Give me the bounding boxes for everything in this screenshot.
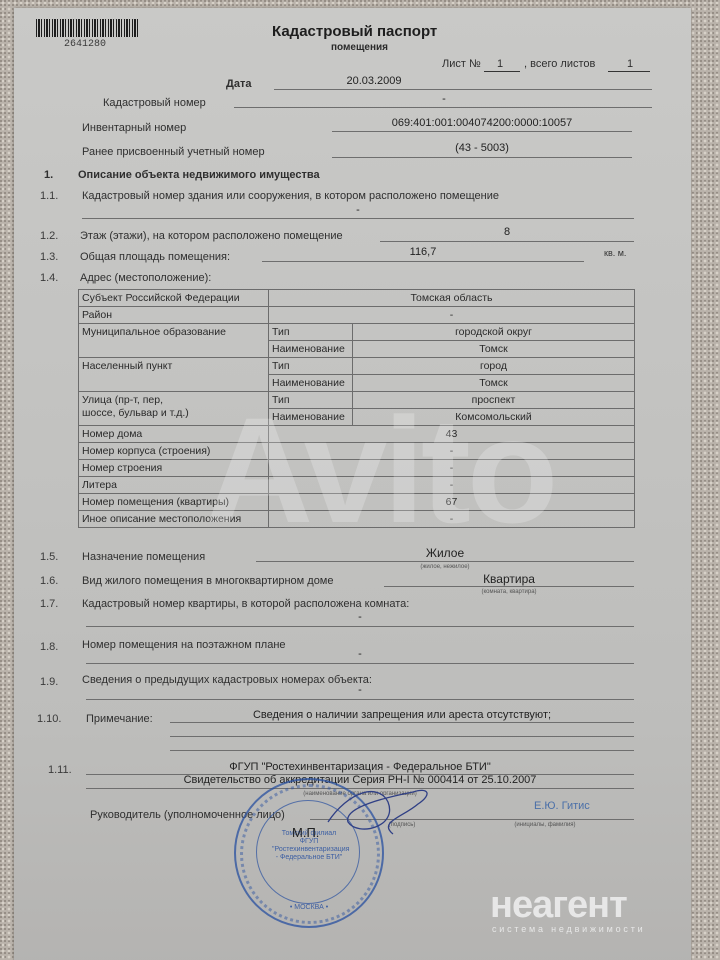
seal-label: М.П. (292, 825, 319, 840)
signer-name-hint: (инициалы, фамилия) (470, 822, 620, 828)
handwritten-signature (318, 782, 438, 842)
barcode-number: 2641280 (64, 39, 106, 50)
item-1-10-value: Сведения о наличии запрещения или ареста… (170, 709, 634, 721)
inventory-value: 069:401:001:004074200:0000:10057 (332, 117, 632, 129)
item-1-1-value: - (82, 204, 634, 216)
item-1-8-value: - (86, 648, 634, 660)
item-1-10-label: Примечание: (86, 713, 153, 725)
item-1-5-number: 1.5. (40, 551, 58, 563)
area-unit: кв. м. (604, 248, 626, 258)
item-1-9-value: - (86, 684, 634, 696)
sheet-number: 1 (497, 58, 503, 70)
item-1-6-value: Квартира (384, 572, 634, 586)
cadastral-label: Кадастровый номер (103, 97, 206, 109)
item-1-5-value: Жилое (256, 546, 634, 560)
table-row: Литера- (79, 477, 635, 494)
total-sheets-label: , всего листов (524, 58, 595, 70)
total-sheets: 1 (627, 58, 633, 70)
table-row: Район- (79, 307, 635, 324)
neagent-logo: неагент (490, 884, 627, 927)
date-label: Дата (226, 78, 251, 90)
item-1-8-number: 1.8. (40, 641, 58, 653)
item-1-7-number: 1.7. (40, 598, 58, 610)
sheet-label: Лист № (442, 58, 481, 70)
item-1-5-hint: (жилое, нежилое) (256, 564, 634, 570)
table-row: Номер строения- (79, 460, 635, 477)
table-row: Муниципальное образованиеТипгородской ок… (79, 324, 635, 341)
barcode (36, 19, 140, 37)
table-row: Субъект Российской ФедерацииТомская обла… (79, 290, 635, 307)
item-1-4-label: Адрес (местоположение): (80, 272, 211, 284)
neagent-tagline: система недвижимости (492, 924, 645, 934)
section-1-number: 1. (44, 169, 53, 181)
item-1-11-number: 1.11. (48, 764, 72, 776)
table-row: Населенный пунктТипгород (79, 358, 635, 375)
item-1-9-number: 1.9. (40, 676, 58, 688)
item-1-4-number: 1.4. (40, 272, 58, 284)
item-1-1-label: Кадастровый номер здания или сооружения,… (82, 190, 499, 202)
section-1-title: Описание объекта недвижимого имущества (78, 169, 320, 181)
prev-number-label: Ранее присвоенный учетный номер (82, 146, 265, 158)
signer-name: Е.Ю. Гитис (534, 800, 590, 812)
item-1-6-number: 1.6. (40, 575, 58, 587)
item-1-3-value: 116,7 (262, 246, 584, 258)
address-table: Субъект Российской ФедерацииТомская обла… (78, 289, 635, 528)
table-row: Номер дома43 (79, 426, 635, 443)
date-value: 20.03.2009 (274, 75, 474, 87)
prev-number-value: (43 - 5003) (332, 142, 632, 154)
table-row: Номер корпуса (строения)- (79, 443, 635, 460)
table-row: Иное описание местоположения- (79, 511, 635, 528)
item-1-2-label: Этаж (этажи), на котором расположено пом… (80, 230, 343, 242)
item-1-3-number: 1.3. (40, 251, 58, 263)
inventory-label: Инвентарный номер (82, 122, 186, 134)
organization-name: ФГУП "Ростехинвентаризация - Федеральное… (86, 761, 634, 773)
cadastral-value: - (234, 93, 654, 105)
item-1-1-number: 1.1. (40, 190, 58, 202)
item-1-2-value: 8 (380, 226, 634, 238)
table-row: Улица (пр-т, пер, шоссе, бульвар и т.д.)… (79, 392, 635, 409)
document-subtitle: помещения (331, 42, 388, 53)
item-1-6-hint: (комната, квартира) (384, 589, 634, 595)
document-title: Кадастровый паспорт (272, 23, 437, 40)
table-row: Номер помещения (квартиры)67 (79, 494, 635, 511)
item-1-5-label: Назначение помещения (82, 551, 205, 563)
item-1-7-value: - (86, 611, 634, 623)
item-1-6-label: Вид жилого помещения в многоквартирном д… (82, 575, 334, 587)
item-1-3-label: Общая площадь помещения: (80, 251, 230, 263)
item-1-2-number: 1.2. (40, 230, 58, 242)
stamp-city: • МОСКВА • (236, 904, 382, 911)
item-1-7-label: Кадастровый номер квартиры, в которой ра… (82, 598, 409, 610)
item-1-10-number: 1.10. (37, 713, 61, 725)
